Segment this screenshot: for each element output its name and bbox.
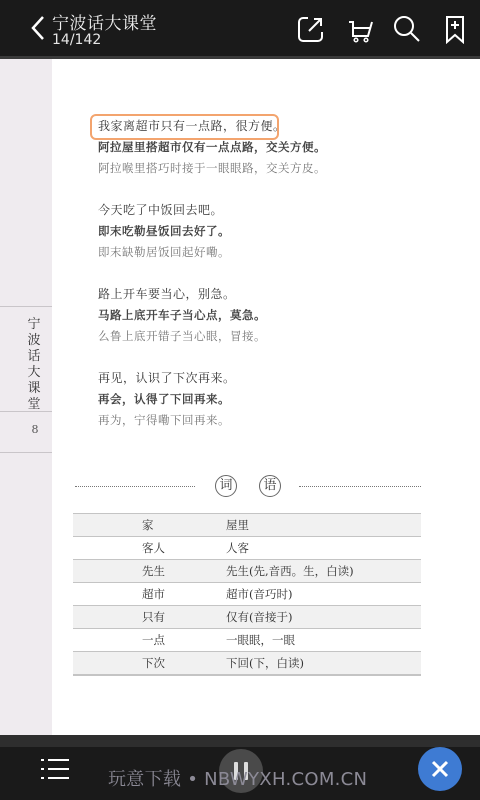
bookmark-add-icon[interactable] — [440, 14, 470, 44]
book-page[interactable]: 宁波话大课堂 8 我家离超市只有一点路，很方便。 阿拉屋里搭超市仅有一点点路，交… — [0, 59, 480, 735]
page-indicator: 14/142 — [52, 32, 101, 48]
margin-divider — [0, 306, 52, 307]
cart-icon[interactable] — [346, 14, 376, 44]
page-number: 8 — [0, 423, 70, 436]
watermark: 玩意下载 • NBWYXH.COM.CN — [108, 765, 367, 791]
share-icon[interactable] — [296, 14, 326, 44]
sentence-group: 路上开车要当心，别急。 马路上底开车子当心点，莫急。 么鲁上底开错子当心眼，冒接… — [98, 284, 266, 347]
search-icon[interactable] — [392, 14, 422, 44]
phonetic-line: 即末缺勒居饭回起好嘞。 — [98, 242, 230, 263]
close-button[interactable] — [418, 747, 462, 791]
table-row: 客人人客 — [73, 537, 421, 560]
phonetic-line: 阿拉喉里搭巧时接于一眼眼路，交关方皮。 — [98, 158, 326, 179]
table-row: 一点一眼眼，一眼 — [73, 629, 421, 652]
dialect-line: 阿拉屋里搭超市仅有一点点路，交关方便。 — [98, 137, 326, 158]
table-row: 下次下回(下，白读) — [73, 652, 421, 676]
menu-list-icon[interactable] — [40, 757, 70, 781]
section-char: 词 — [215, 475, 237, 497]
bottom-bar: 玩意下载 • NBWYXH.COM.CN — [0, 735, 480, 800]
phonetic-line: 再为，宁得嘞下回再来。 — [98, 410, 236, 431]
mandarin-line: 今天吃了中饭回去吧。 — [98, 200, 230, 221]
back-icon[interactable] — [28, 14, 48, 42]
book-title: 宁波话大课堂 — [52, 9, 157, 34]
table-row: 先生先生(先,音西。生，白读) — [73, 560, 421, 583]
bottom-bar-edge — [0, 735, 480, 747]
top-bar: 宁波话大课堂 14/142 — [0, 0, 480, 56]
close-icon — [418, 747, 462, 791]
section-heading: 词 语 — [75, 475, 421, 499]
dialect-line: 再会，认得了下回再来。 — [98, 389, 236, 410]
dialect-line: 即末吃勒昼饭回去好了。 — [98, 221, 230, 242]
mandarin-line: 再见，认识了下次再来。 — [98, 368, 236, 389]
vocab-table: 家屋里 客人人客 先生先生(先,音西。生，白读) 超市超市(音巧时) 只有仅有(… — [73, 513, 421, 676]
table-row: 家屋里 — [73, 514, 421, 537]
table-row: 超市超市(音巧时) — [73, 583, 421, 606]
table-row: 只有仅有(音接于) — [73, 606, 421, 629]
dialect-line: 马路上底开车子当心点，莫急。 — [98, 305, 266, 326]
section-char: 语 — [259, 475, 281, 497]
mandarin-line: 路上开车要当心，别急。 — [98, 284, 266, 305]
margin-divider — [0, 452, 52, 453]
vertical-book-title: 宁波话大课堂 — [26, 317, 42, 413]
sentence-group: 今天吃了中饭回去吧。 即末吃勒昼饭回去好了。 即末缺勒居饭回起好嘞。 — [98, 200, 230, 263]
dotted-rule — [75, 486, 195, 487]
sentence-group: 我家离超市只有一点路，很方便。 阿拉屋里搭超市仅有一点点路，交关方便。 阿拉喉里… — [98, 116, 326, 179]
sentence-group: 再见，认识了下次再来。 再会，认得了下回再来。 再为，宁得嘞下回再来。 — [98, 368, 236, 431]
mandarin-line[interactable]: 我家离超市只有一点路，很方便。 — [98, 116, 326, 137]
dotted-rule — [299, 486, 421, 487]
phonetic-line: 么鲁上底开错子当心眼，冒接。 — [98, 326, 266, 347]
